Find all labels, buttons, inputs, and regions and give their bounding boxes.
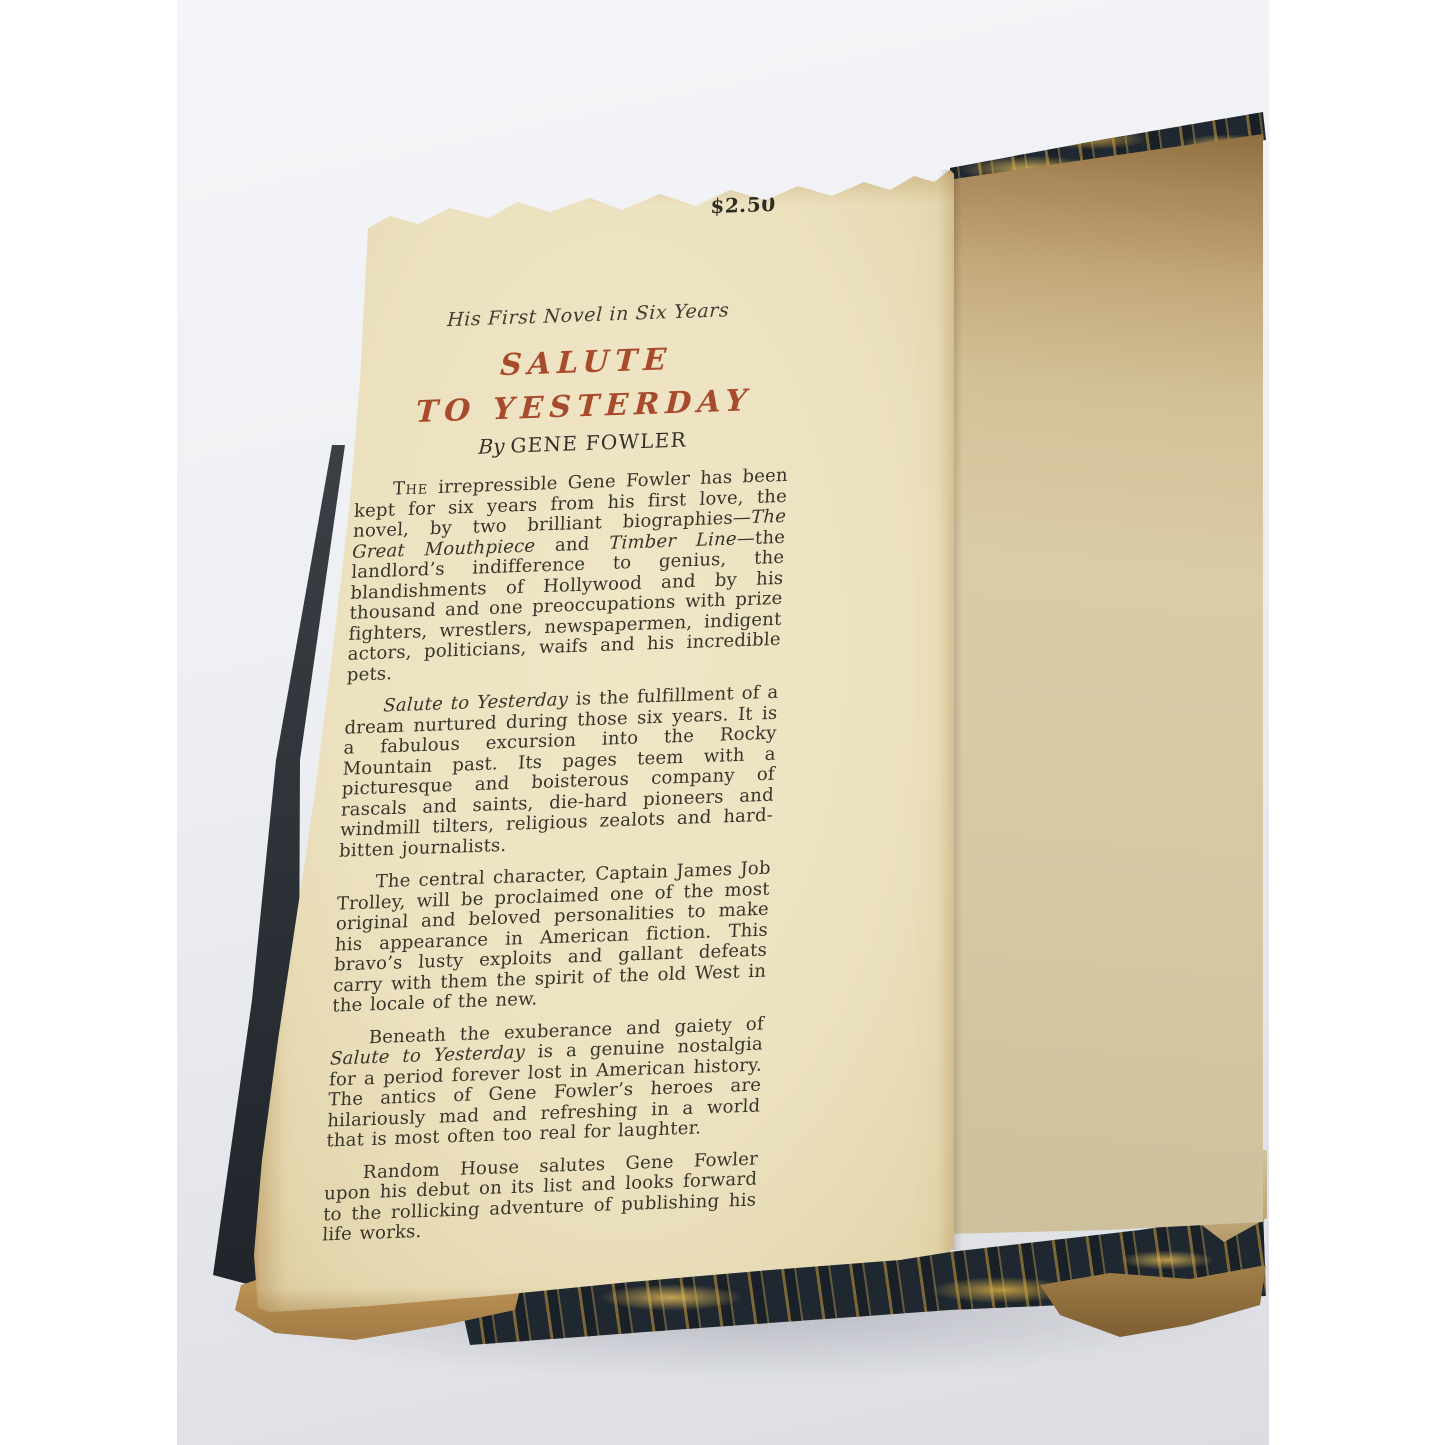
byline-author: GENE FOWLER bbox=[510, 427, 687, 457]
flap-paragraph: Random House salutes Gene Fowler upon hi… bbox=[322, 1149, 759, 1246]
endpaper-page bbox=[947, 130, 1263, 1235]
flap-paragraph: Salute to Yesterday is the fulfillment o… bbox=[339, 683, 779, 862]
flap-paragraph: The irrepressible Gene Fowler has been k… bbox=[346, 466, 788, 686]
flap-paragraph: Beneath the exuberance and gaiety of Sal… bbox=[326, 1014, 764, 1152]
book-photo: $2.50 His First Novel in Six Years SALUT… bbox=[0, 0, 1445, 1445]
tagline: His First Novel in Six Years bbox=[375, 296, 802, 335]
price-label: $2.50 bbox=[334, 190, 806, 232]
flap-description: The irrepressible Gene Fowler has been k… bbox=[322, 466, 788, 1246]
book-title: SALUTE TO YESTERDAY bbox=[370, 334, 800, 437]
flap-heading: His First Novel in Six Years SALUTE TO Y… bbox=[324, 296, 802, 464]
byline-prefix: By bbox=[478, 434, 505, 459]
flap-paragraph: The central character, Captain James Job… bbox=[332, 859, 771, 1017]
flap-text-block: $2.50 His First Novel in Six Years SALUT… bbox=[290, 180, 807, 1247]
photo-backdrop: $2.50 His First Novel in Six Years SALUT… bbox=[177, 0, 1269, 1445]
flap-paragraph-segment: The bbox=[392, 477, 428, 499]
flap-paragraph-segment: The central character, Captain James Job… bbox=[332, 858, 771, 1017]
dust-jacket-flap: $2.50 His First Novel in Six Years SALUT… bbox=[250, 160, 960, 1320]
flap-paragraph-segment: Random House salutes Gene Fowler upon hi… bbox=[322, 1148, 759, 1246]
